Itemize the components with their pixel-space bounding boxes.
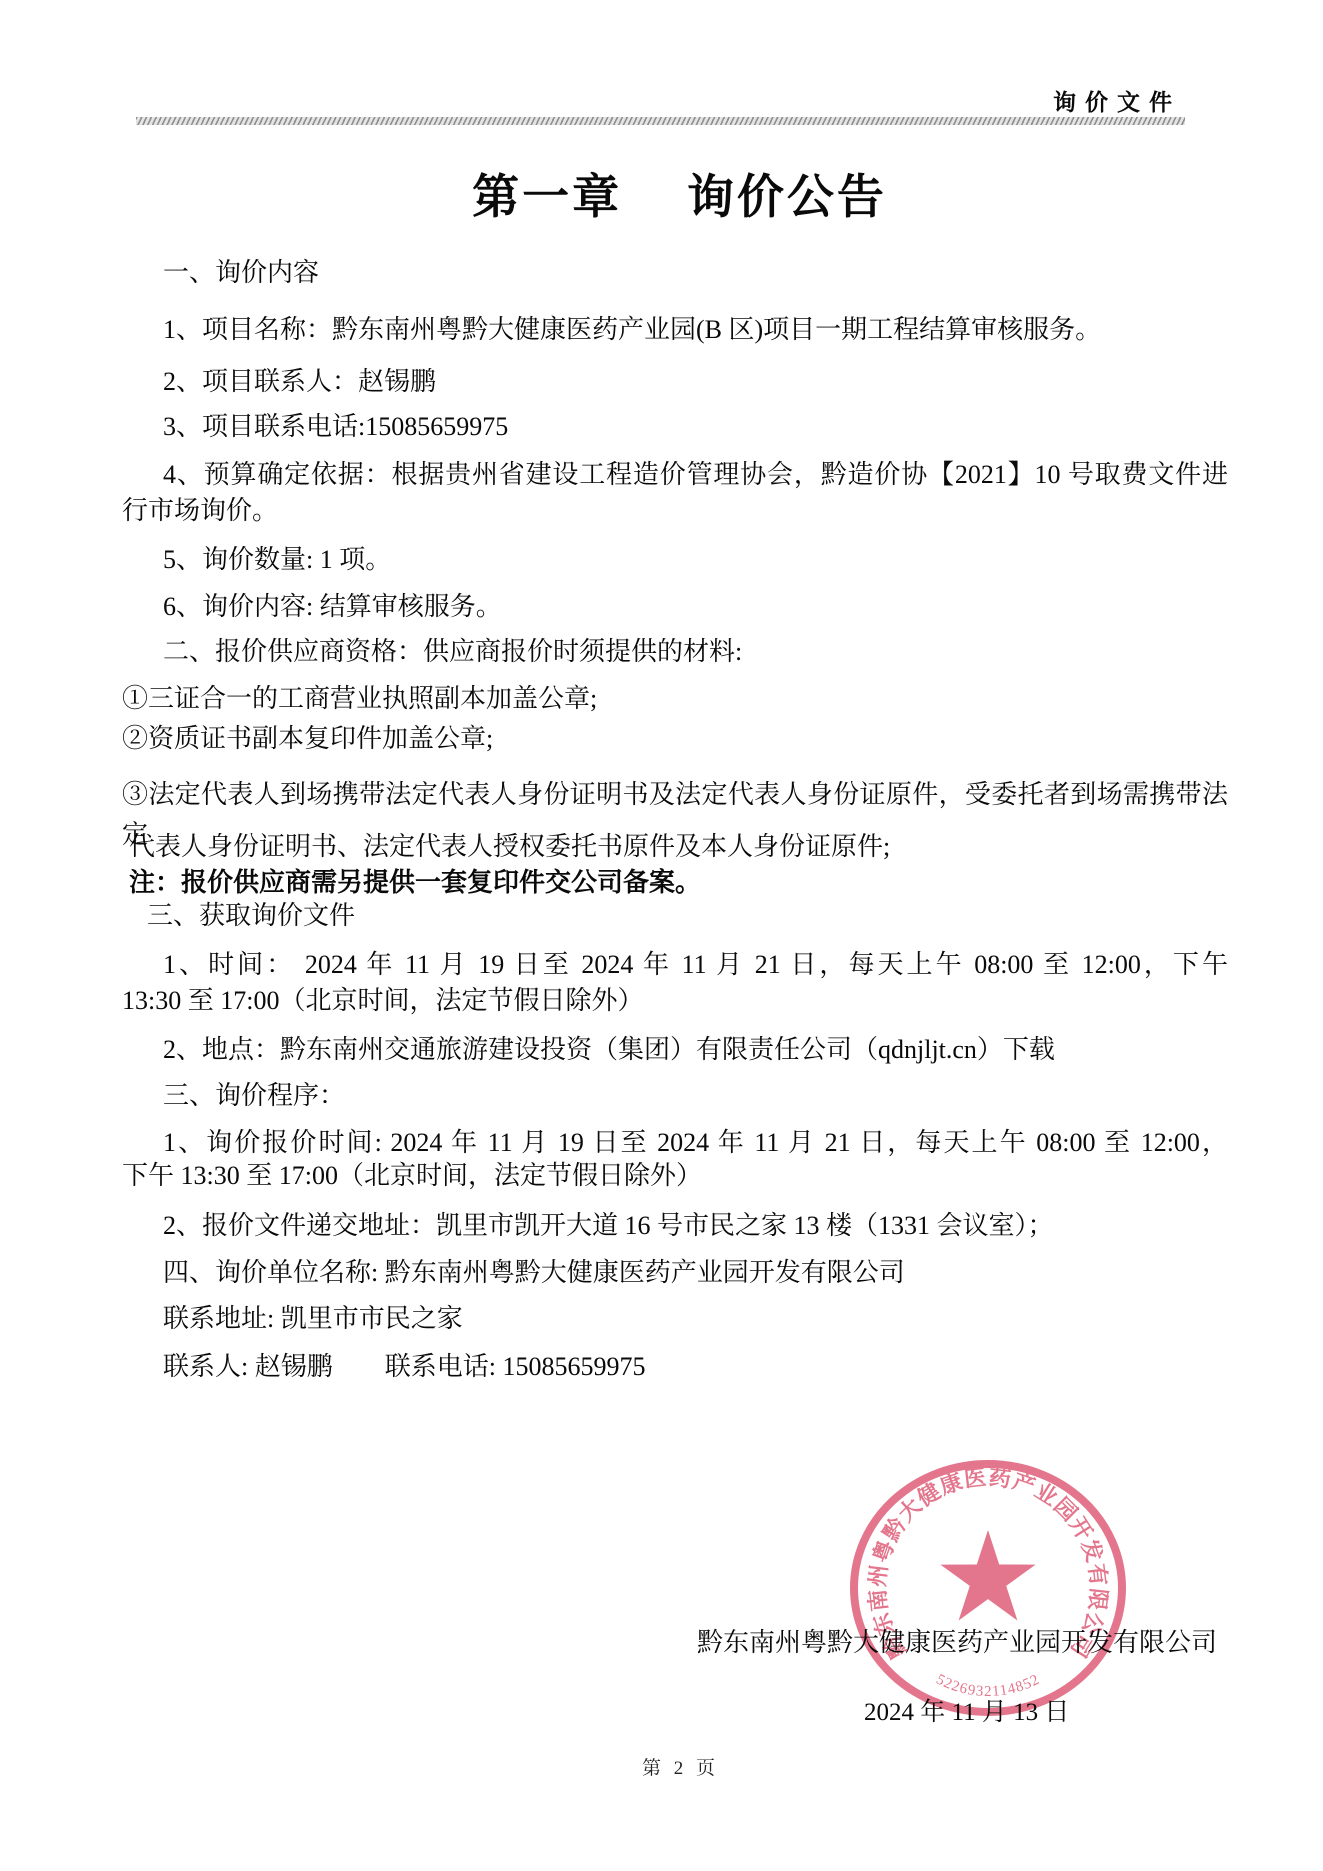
chapter-title: 第一章 询价公告 xyxy=(0,160,1323,227)
document-line: 1、时间： 2024 年 11 月 19 日至 2024 年 11 月 21 日… xyxy=(122,945,1228,985)
header-divider xyxy=(136,117,1185,125)
document-line: 联系地址: 凯里市市民之家 xyxy=(122,1299,1228,1339)
document-line: 代表人身份证明书、法定代表人授权委托书原件及本人身份证原件; xyxy=(122,827,1228,867)
document-line: 三、获取询价文件 xyxy=(122,896,1228,936)
document-line: 3、项目联系电话:15085659975 xyxy=(122,407,1228,447)
document-line: 13:30 至 17:00（北京时间，法定节假日除外） xyxy=(122,981,1228,1021)
document-line: 行市场询价。 xyxy=(122,491,1228,531)
document-line: ①三证合一的工商营业执照副本加盖公章; xyxy=(122,679,1228,719)
company-seal-stamp: 黔东南州粤黔大健康医药产业园开发有限公司 5226932114852 xyxy=(838,1452,1138,1724)
header-label: 询价文件 xyxy=(1053,84,1181,117)
document-line: 一、询价内容 xyxy=(122,253,1228,293)
document-line: 2、报价文件递交地址：凯里市凯开大道 16 号市民之家 13 楼（1331 会议… xyxy=(122,1206,1228,1246)
document-line: 三、询价程序： xyxy=(122,1076,1228,1116)
document-line: 2、地点：黔东南州交通旅游建设投资（集团）有限责任公司（qdnjljt.cn）下… xyxy=(122,1030,1228,1070)
signature-date: 2024 年 11 月 13 日 xyxy=(864,1692,1069,1728)
document-line: 联系人: 赵锡鹏 联系电话: 15085659975 xyxy=(122,1347,1228,1387)
page: 询价文件 第一章 询价公告 一、询价内容 1、项目名称：黔东南州粤黔大健康医药产… xyxy=(0,0,1323,1871)
signature-company: 黔东南州粤黔大健康医药产业园开发有限公司 xyxy=(697,1622,1217,1659)
document-line: 5、询价数量: 1 项。 xyxy=(122,540,1228,580)
seal-star-icon xyxy=(940,1530,1035,1621)
document-line: ②资质证书副本复印件加盖公章; xyxy=(122,719,1228,759)
document-line: 二、报价供应商资格：供应商报价时须提供的材料: xyxy=(122,632,1228,672)
page-number: 第 2 页 xyxy=(642,1753,719,1780)
document-line: 6、询价内容: 结算审核服务。 xyxy=(122,587,1228,627)
document-line: 2、项目联系人：赵锡鹏 xyxy=(122,362,1228,402)
document-line: 4、预算确定依据：根据贵州省建设工程造价管理协会，黔造价协【2021】10 号取… xyxy=(122,455,1228,495)
document-line: 四、询价单位名称: 黔东南州粤黔大健康医药产业园开发有限公司 xyxy=(122,1253,1228,1293)
document-line: 1、项目名称：黔东南州粤黔大健康医药产业园(B 区)项目一期工程结算审核服务。 xyxy=(122,310,1228,350)
document-line: 下午 13:30 至 17:00（北京时间，法定节假日除外） xyxy=(122,1156,1228,1196)
